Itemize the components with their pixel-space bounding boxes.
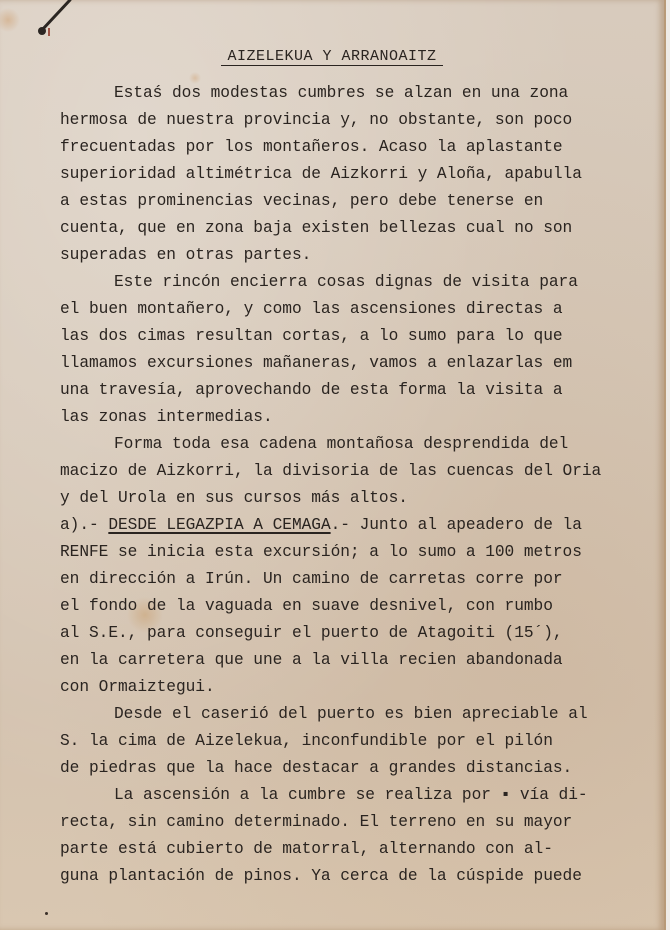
typewritten-page: AIZELEKUA Y ARRANOAITZ Estaś dos modesta… bbox=[0, 0, 666, 930]
text-line: macizo de Aizkorri, la divisoria de las … bbox=[60, 458, 660, 485]
text-line: guna plantación de pinos. Ya cerca de la… bbox=[60, 863, 660, 890]
section-heading: DESDE LEGAZPIA A CEMAGA bbox=[108, 516, 330, 534]
text-line: RENFE se inicia esta excursión; a lo sum… bbox=[60, 539, 660, 566]
text-line: Forma toda esa cadena montañosa desprend… bbox=[60, 431, 660, 458]
text-line: frecuentadas por los montañeros. Acaso l… bbox=[60, 134, 660, 161]
text-line: las zonas intermedias. bbox=[60, 404, 660, 431]
text-line: a).- DESDE LEGAZPIA A CEMAGA.- Junto al … bbox=[60, 512, 660, 539]
document-title-text: AIZELEKUA Y ARRANOAITZ bbox=[221, 48, 442, 66]
text-line: superioridad altimétrica de Aizkorri y A… bbox=[60, 161, 660, 188]
text-line: y del Urola en sus cursos más altos. bbox=[60, 485, 660, 512]
text-line: en la carretera que une a la villa recie… bbox=[60, 647, 660, 674]
text-line: hermosa de nuestra provincia y, no obsta… bbox=[60, 107, 660, 134]
text-line: a estas prominencias vecinas, pero debe … bbox=[60, 188, 660, 215]
text-line: cuenta, que en zona baja existen belleza… bbox=[60, 215, 660, 242]
text-line: en dirección a Irún. Un camino de carret… bbox=[60, 566, 660, 593]
text-line: las dos cimas resultan cortas, a lo sumo… bbox=[60, 323, 660, 350]
text-line: de piedras que la hace destacar a grande… bbox=[60, 755, 660, 782]
text-line: el buen montañero, y como las ascensione… bbox=[60, 296, 660, 323]
text-line: una travesía, aprovechando de esta forma… bbox=[60, 377, 660, 404]
text-line: parte está cubierto de matorral, alterna… bbox=[60, 836, 660, 863]
text-line: con Ormaiztegui. bbox=[60, 674, 660, 701]
text-line: Estaś dos modestas cumbres se alzan en u… bbox=[60, 80, 660, 107]
text-line: al S.E., para conseguir el puerto de Ata… bbox=[60, 620, 660, 647]
section-marker: a).- bbox=[60, 516, 108, 534]
text-line: llamamos excursiones mañaneras, vamos a … bbox=[60, 350, 660, 377]
staple-icon bbox=[34, 0, 78, 40]
line-text: .- Junto al apeadero de la bbox=[331, 516, 582, 534]
text-line: La ascensión a la cumbre se realiza por … bbox=[60, 782, 660, 809]
text-line: recta, sin camino determinado. El terren… bbox=[60, 809, 660, 836]
text-line: superadas en otras partes. bbox=[60, 242, 660, 269]
text-line: Este rincón encierra cosas dignas de vis… bbox=[60, 269, 660, 296]
text-line: Desde el caserió del puerto es bien apre… bbox=[60, 701, 660, 728]
text-line: el fondo de la vaguada en suave desnivel… bbox=[60, 593, 660, 620]
document-body: Estaś dos modestas cumbres se alzan en u… bbox=[60, 80, 660, 890]
text-line: S. la cima de Aizelekua, inconfundible p… bbox=[60, 728, 660, 755]
document-title: AIZELEKUA Y ARRANOAITZ bbox=[0, 48, 664, 66]
ink-speck bbox=[45, 912, 48, 915]
